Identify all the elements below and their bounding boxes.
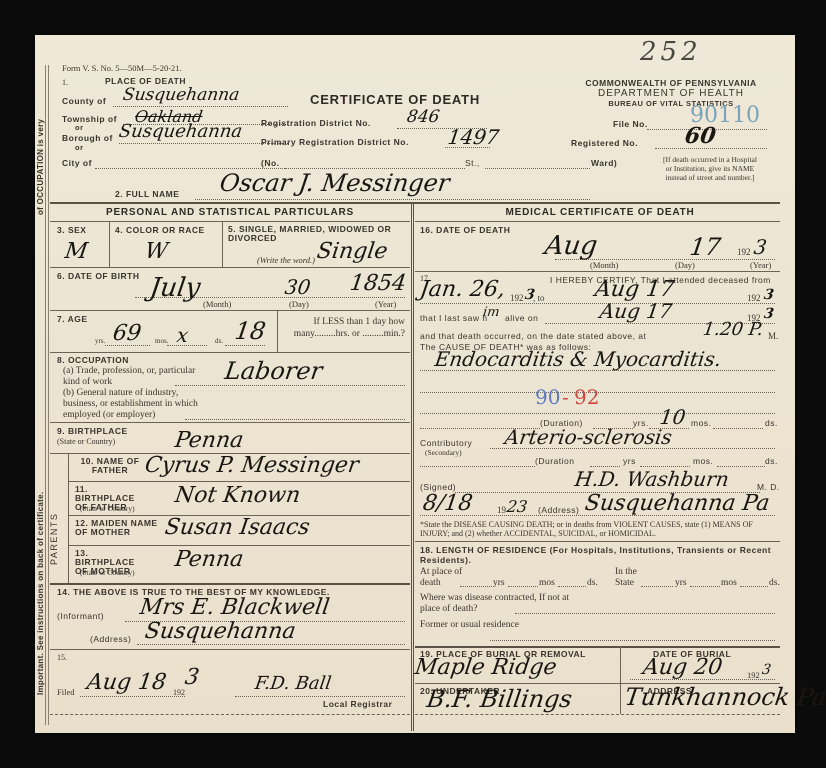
contributory-cause: Arterio-sclerosis: [503, 425, 673, 449]
certificate-title: CERTIFICATE OF DEATH: [310, 92, 480, 107]
time-of-death: 1.20 P.: [702, 319, 765, 340]
dob-day: 30: [283, 275, 312, 299]
registration-district-value: 846: [406, 107, 441, 127]
mother-value: Susan Isaacs: [163, 515, 311, 540]
physician-address-value: Susquehanna Pa: [583, 491, 771, 516]
attended-from: Jan. 26,: [418, 277, 507, 302]
death-day: 17: [688, 233, 722, 261]
county-label: County of: [62, 96, 106, 106]
father-label: 10. NAME OF FATHER: [75, 457, 145, 475]
occupation-value: Laborer: [223, 357, 324, 385]
file-no-label: File No.: [613, 119, 648, 129]
registered-no-value: 60: [683, 123, 717, 149]
mother-birthplace-value: Penna: [173, 547, 245, 572]
father-birthplace-value: Not Known: [173, 483, 302, 508]
birthplace-label: 9. BIRTHPLACE: [57, 426, 128, 436]
full-name-value: Oscar J. Messinger: [218, 169, 451, 197]
city-label: City of: [62, 158, 92, 168]
physician-signature: H.D. Washburn: [573, 467, 730, 491]
number-label: (No.: [261, 158, 280, 168]
burial-place-value: Maple Ridge: [413, 655, 558, 680]
township-label: Township of: [62, 114, 117, 124]
age-years: 69: [111, 321, 143, 346]
dob-label: 6. DATE OF BIRTH: [57, 271, 139, 281]
age-months: x: [175, 323, 190, 347]
margin-rule: [48, 65, 49, 725]
footnote: *State the DISEASE CAUSING DEATH; or in …: [420, 520, 780, 538]
marital-hint: (Write the word.): [257, 255, 315, 266]
filed-year: 3: [183, 665, 201, 690]
item-number: 1.: [62, 77, 68, 88]
last-saw-pronoun: im: [482, 305, 501, 320]
street-label: St.,: [465, 158, 480, 168]
age-days: 18: [233, 317, 267, 345]
marital-value: Single: [315, 239, 389, 264]
margin-rule: [45, 65, 46, 725]
column-divider: [411, 203, 414, 731]
parents-label: PARENTS: [49, 513, 59, 565]
cause-of-death: Endocarditis & Myocarditis.: [433, 347, 723, 371]
filed-date: Aug 18: [85, 670, 168, 695]
registered-no-label: Registered No.: [571, 138, 638, 148]
personal-heading: PERSONAL AND STATISTICAL PARTICULARS: [50, 207, 410, 218]
margin-note-bottom: Important. See instructions on back of c…: [36, 492, 45, 695]
borough-label: Borough of: [62, 133, 113, 143]
death-year: 3: [752, 235, 768, 259]
agency-line2: DEPARTMENT OF HEALTH: [571, 88, 771, 99]
occupation-label: 8. OCCUPATION: [57, 355, 129, 365]
where-contracted-label: Where was disease contracted, If not at …: [420, 593, 570, 615]
informant-value: Mrs E. Blackwell: [138, 595, 331, 620]
agency-line1: COMMONWEALTH OF PENNSYLVANIA: [571, 78, 771, 88]
dob-year: 1854: [348, 271, 408, 296]
informant-label: (Informant): [57, 611, 104, 621]
father-value: Cyrus P. Messinger: [143, 453, 360, 478]
residence-label: 18. LENGTH OF RESIDENCE (For Hospitals, …: [420, 545, 780, 565]
mother-label: 12. MAIDEN NAME OF MOTHER: [75, 519, 165, 537]
margin-note-top: of OCCUPATION is very: [36, 119, 45, 215]
dob-month: July: [148, 273, 202, 303]
race-value: W: [143, 239, 169, 264]
full-name-label: 2. FULL NAME: [115, 189, 179, 199]
burial-date-value: Aug 20: [641, 655, 724, 680]
form-number: Form V. S. No. 5—50M—5-20-21.: [62, 63, 182, 74]
ward-label: Ward): [591, 158, 617, 168]
birthplace-value: Penna: [173, 428, 245, 453]
county-value: Susquehanna: [122, 85, 241, 105]
primary-registration-value: 1497: [446, 125, 500, 149]
age-label: 7. AGE: [57, 314, 88, 324]
registrar-signature: F.D. Ball: [254, 673, 333, 694]
former-residence-label: Former or usual residence: [420, 620, 520, 631]
less-than-day-note: If LESS than 1 day how many.........hrs.…: [285, 316, 405, 340]
borough-value: Susquehanna: [118, 121, 244, 142]
local-registrar-label: Local Registrar: [323, 699, 392, 709]
informant-address-label: (Address): [90, 634, 131, 644]
hospital-note: [If death occurred in a Hospital or Inst…: [660, 155, 760, 182]
filed-label: Filed: [57, 687, 74, 698]
sex-value: M: [63, 239, 89, 264]
sign-date: 8/18: [421, 491, 474, 516]
registration-district-label: Registration District No.: [261, 118, 371, 128]
medical-heading: MEDICAL CERTIFICATE OF DEATH: [415, 207, 785, 218]
code-blue: 90: [535, 385, 560, 409]
primary-registration-label: Primary Registration District No.: [261, 137, 409, 147]
at-place-label: At place of death: [420, 567, 465, 589]
pencil-number: 252: [640, 37, 702, 67]
undertaker-value: B.F. Billings: [425, 685, 574, 713]
occupation-b-label: (b) General nature of industry, business…: [63, 388, 208, 421]
informant-address-value: Susquehanna: [143, 619, 297, 644]
death-certificate: of OCCUPATION is very Important. See ins…: [35, 35, 795, 733]
death-month: Aug: [543, 231, 599, 261]
race-label: 4. COLOR OR RACE: [115, 225, 205, 235]
last-saw-date: Aug 17: [598, 299, 673, 323]
undertaker-address-value: Tunkhannock Pa: [623, 683, 826, 711]
physician-address-label: (Address): [538, 505, 579, 515]
date-of-death-label: 16. DATE OF DEATH: [420, 225, 510, 235]
sex-label: 3. SEX: [57, 225, 86, 235]
code-red: 92: [574, 385, 599, 409]
